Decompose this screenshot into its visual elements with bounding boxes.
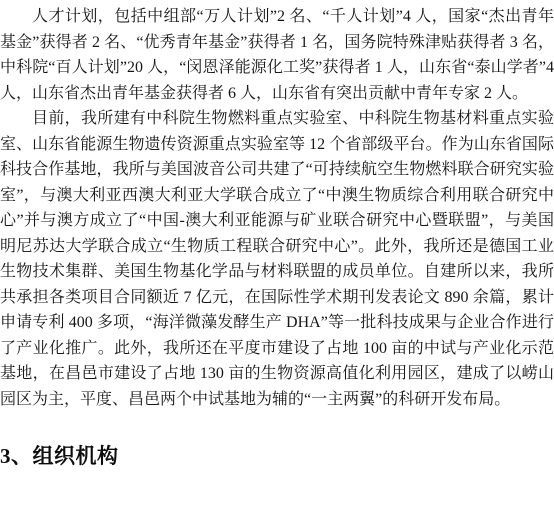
paragraph-talent-programs: 人才计划，包括中组部“万人计划”2 名、“千人计划”4 人，国家“杰出青年基金”… <box>0 4 554 106</box>
document-page: 人才计划，包括中组部“万人计划”2 名、“千人计划”4 人，国家“杰出青年基金”… <box>0 0 554 506</box>
paragraph-platforms-achievements: 目前，我所建有中科院生物燃料重点实验室、中科院生物基材料重点实验室、山东省能源生… <box>0 106 554 412</box>
section-heading-organization: 3、组织机构 <box>0 443 554 470</box>
